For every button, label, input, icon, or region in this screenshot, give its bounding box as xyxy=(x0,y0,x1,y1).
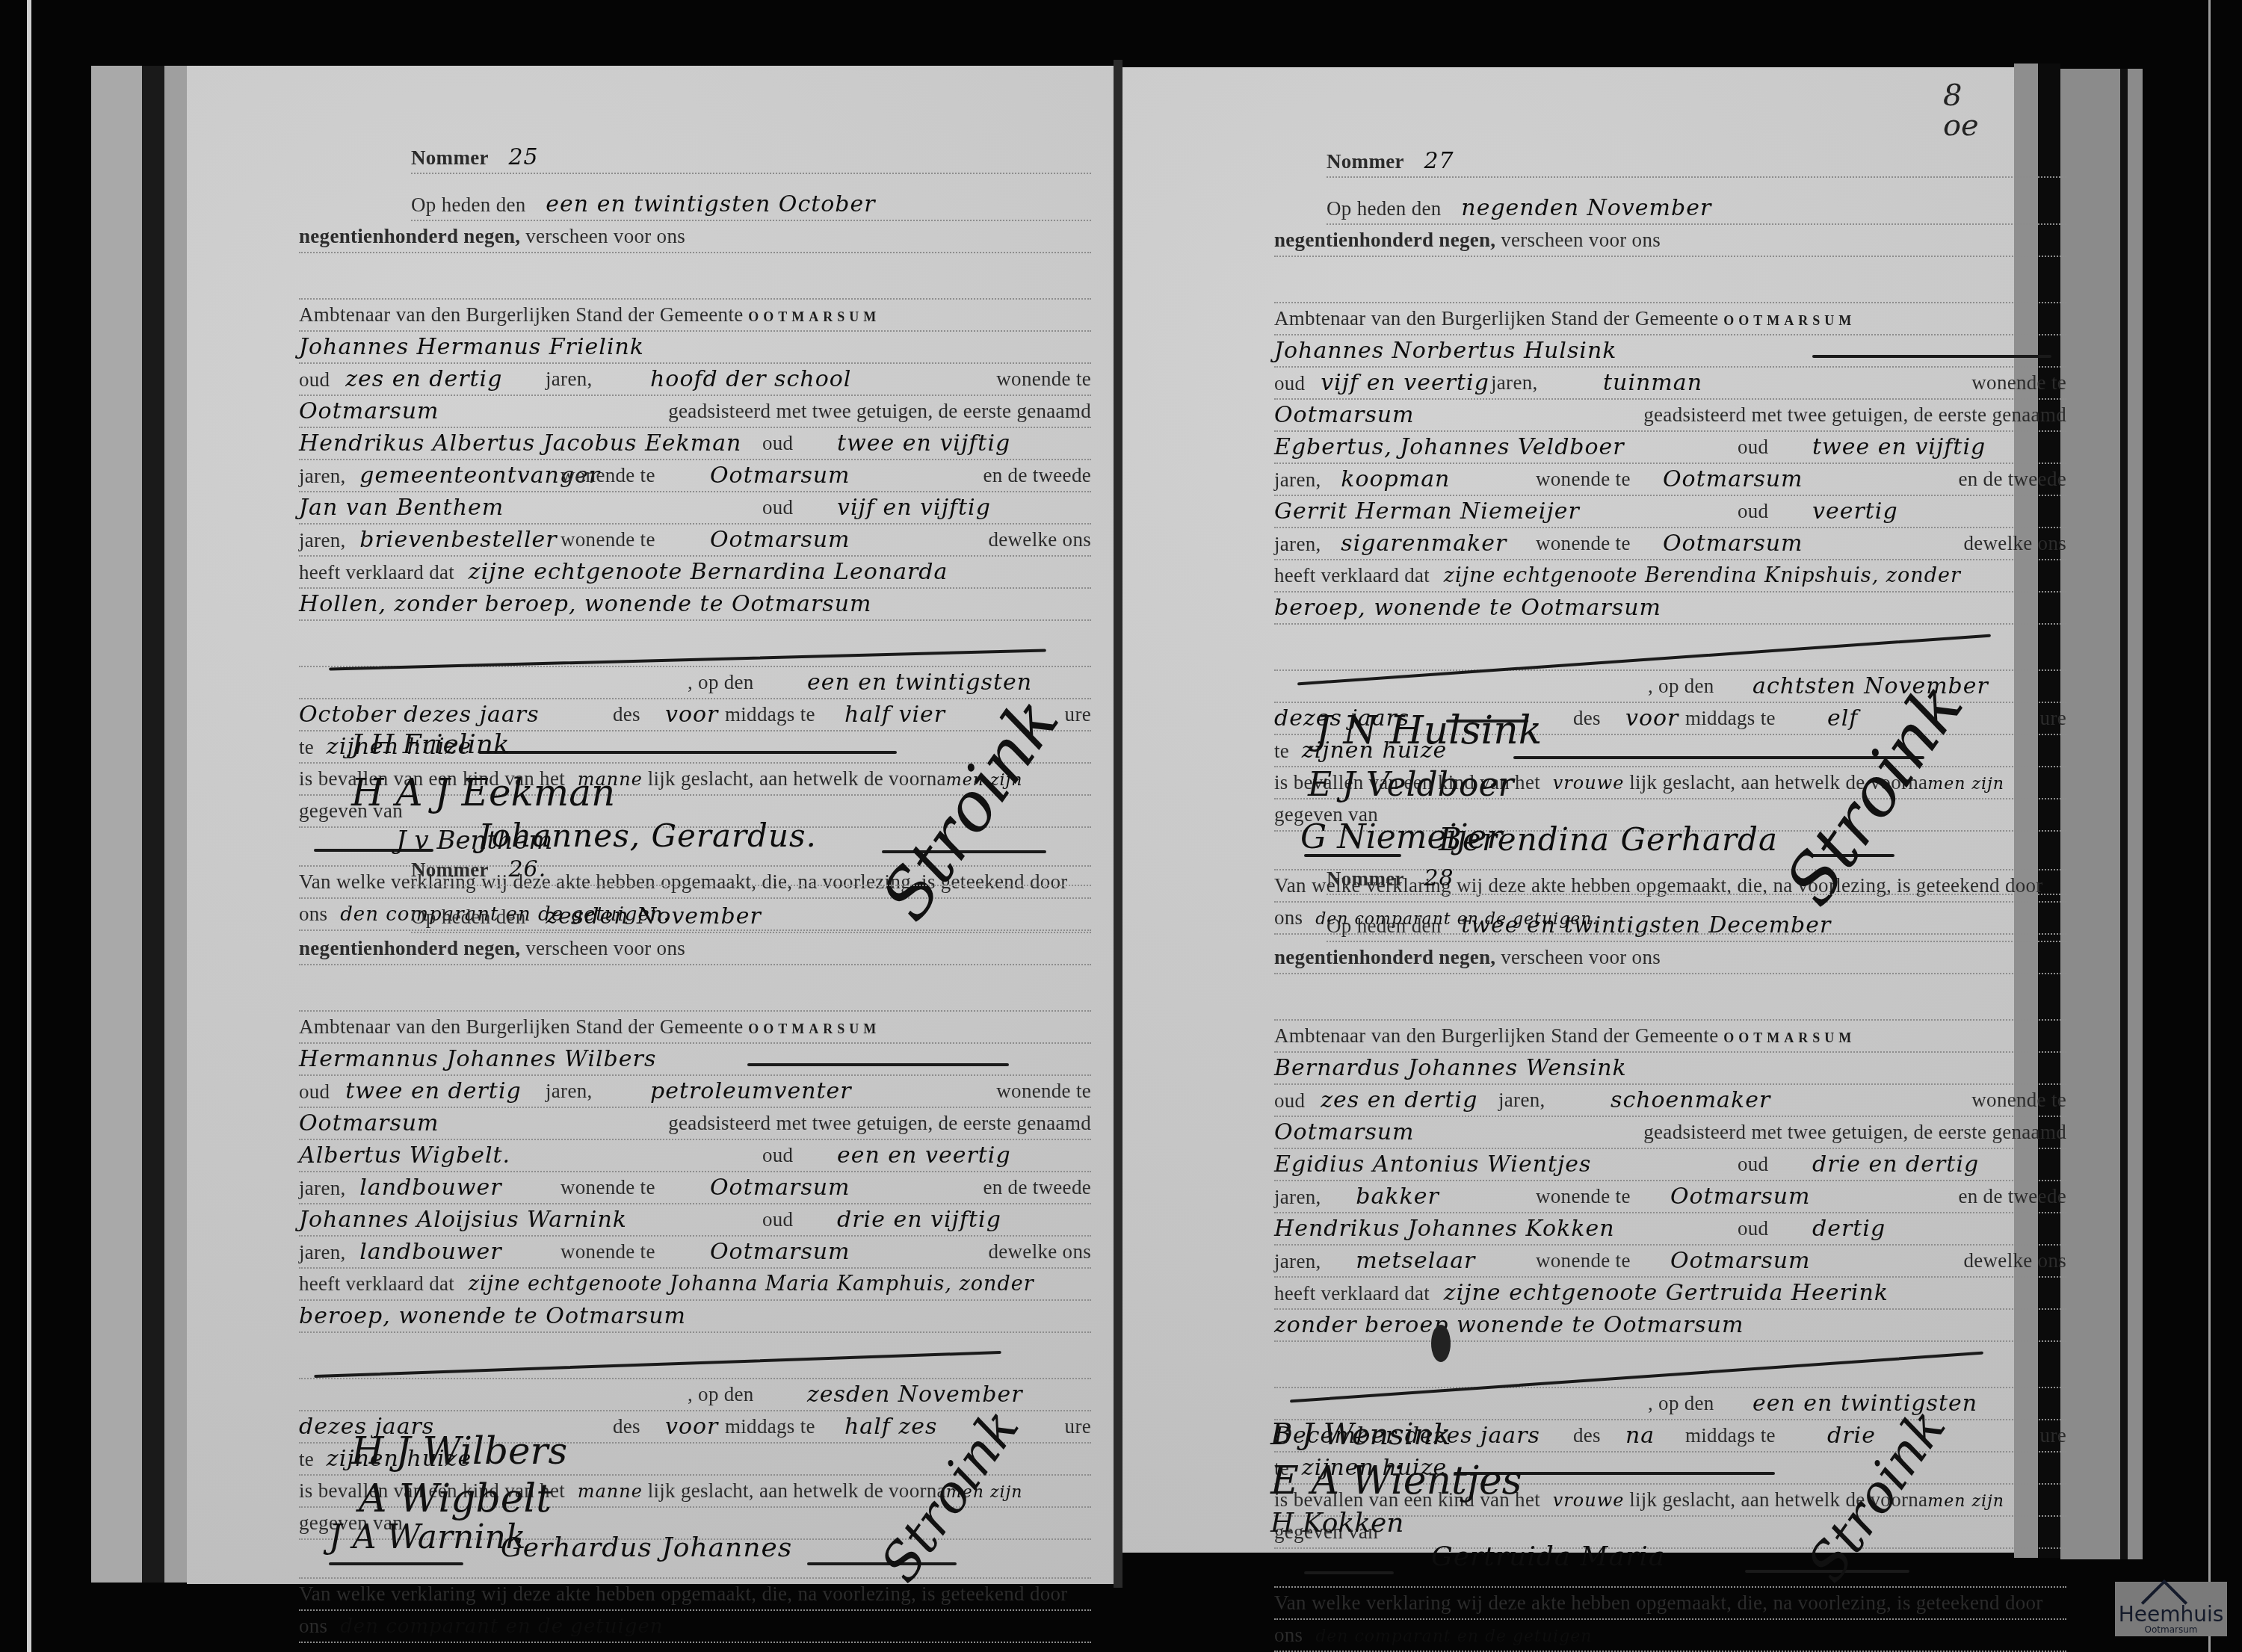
witness2-occupation: metselaar xyxy=(1356,1248,1475,1274)
declarant-age: zes en dertig xyxy=(345,366,502,392)
signed-by: den comparant en de getuigen xyxy=(340,1615,663,1638)
ambtenaar-label: Ambtenaar van den Burgerlijken Stand der… xyxy=(1274,1024,1719,1047)
signed-by-line: ons den comparant en de getuigen xyxy=(299,1611,1091,1643)
oud-label: oud xyxy=(1738,432,1768,463)
verscheen-label: verscheen voor ons xyxy=(1501,229,1661,251)
middags-te-label: middags te xyxy=(725,1411,815,1442)
ambtenaar-label: Ambtenaar van den Burgerlijken Stand der… xyxy=(299,303,744,326)
signature: B J Wensink xyxy=(1270,1412,1522,1457)
birth-date-line: , op den zesden November xyxy=(299,1379,1091,1411)
child-sex: manne xyxy=(578,1481,643,1502)
declarant-age: zes en dertig xyxy=(1321,1087,1477,1113)
record-number: 26. xyxy=(509,856,547,882)
witness2-age: dertig xyxy=(1812,1213,1886,1244)
record-number-line: Nommer 26. xyxy=(411,854,1091,886)
wonende-te-label: wonende te xyxy=(560,525,655,555)
ons-label: ons xyxy=(299,1615,327,1637)
date-line: Op heden den zesden November xyxy=(411,901,1091,933)
witness1-residence: Ootmarsum xyxy=(710,460,850,491)
declarant-residence: Ootmarsum xyxy=(1274,1119,1415,1145)
witness2-occupation: sigarenmaker xyxy=(1341,530,1507,557)
record-date: een en twintigsten October xyxy=(546,191,875,217)
ure-label: ure xyxy=(2040,1420,2066,1451)
birth-daypart: voor xyxy=(1625,703,1679,734)
signature: A Wigbelt xyxy=(359,1475,567,1523)
declarant-line: Johannes Hermanus Frielink xyxy=(299,332,1091,364)
witness1-details-line: jaren, bakker wonende te Ootmarsum en de… xyxy=(1274,1181,2066,1213)
witness1-occupation: landbouwer xyxy=(359,1175,501,1201)
verscheen-label: verscheen voor ons xyxy=(525,937,685,959)
witness1-details-line: jaren, gemeenteontvanger wonende te Ootm… xyxy=(299,460,1091,492)
en-de-tweede-label: en de tweede xyxy=(983,460,1091,491)
geadsisteerd-label: geadsisteerd met twee getuigen, de eerst… xyxy=(668,1108,1091,1139)
declarant-residence-line: Ootmarsum geadsisteerd met twee getuigen… xyxy=(1274,400,2066,432)
blank-line xyxy=(1274,625,2066,671)
year-line: negentienhonderd negen, verscheen voor o… xyxy=(299,933,1091,965)
des-label: des xyxy=(1573,1420,1601,1451)
oud-label: oud xyxy=(762,492,793,523)
child-name: Gertruida Maria xyxy=(1431,1541,1665,1572)
record-number: 27 xyxy=(1424,148,1454,174)
van-welke-label: Van welke verklaring wij deze akte hebbe… xyxy=(1274,1591,2043,1614)
jaren-label: jaren, xyxy=(546,1076,593,1107)
registrar-line: Ambtenaar van den Burgerlijken Stand der… xyxy=(299,1012,1091,1044)
municipality: OOTMARSUM xyxy=(748,1021,880,1036)
declarant-age-line: oud twee en dertig jaren, petroleumvente… xyxy=(299,1076,1091,1108)
witness2-residence: Ootmarsum xyxy=(710,1237,850,1267)
statement-line: heeft verklaard dat zijne echtgenoote Ge… xyxy=(1274,1278,2066,1310)
statement-continued-line: beroep, wonende te Ootmarsum xyxy=(299,1301,1091,1333)
oud-label: oud xyxy=(299,1080,330,1103)
signature: J A Warnink xyxy=(329,1523,567,1553)
witness1-name: Egbertus, Johannes Veldboer xyxy=(1274,434,1625,460)
birth-daypart: na xyxy=(1625,1420,1655,1451)
signing-statement-line: Van welke verklaring wij deze akte hebbe… xyxy=(1274,1588,2066,1620)
declarant-line: Johannes Norbertus Hulsink xyxy=(1274,335,2066,368)
geadsisteerd-label: geadsisteerd met twee getuigen, de eerst… xyxy=(1643,1117,2066,1148)
heemhuis-logo: Heemhuis Ootmarsum xyxy=(2115,1582,2227,1636)
record-number: 25 xyxy=(509,144,539,170)
birth-day: een en twintigsten xyxy=(1752,1388,1977,1419)
declarant-residence: Ootmarsum xyxy=(299,398,439,424)
ure-label: ure xyxy=(2040,703,2066,734)
declarant-occupation: hoofd der school xyxy=(650,364,851,395)
birth-date-line: , op den een en twintigsten xyxy=(299,667,1091,699)
signature: H A J Eekman xyxy=(351,769,615,817)
des-label: des xyxy=(1573,703,1601,734)
witness2-residence: Ootmarsum xyxy=(1663,528,1803,559)
verklaard-label: heeft verklaard dat xyxy=(299,561,454,584)
municipality: OOTMARSUM xyxy=(1723,313,1856,328)
witness2-details-line: jaren, brievenbesteller wonende te Ootma… xyxy=(299,525,1091,557)
date-line: Op heden den een en twintigsten October xyxy=(411,189,1091,221)
verklaard-label: heeft verklaard dat xyxy=(1274,564,1430,587)
oud-label: oud xyxy=(1738,1213,1768,1244)
signature: G Niemeijer xyxy=(1300,811,1542,864)
geadsisteerd-label: geadsisteerd met twee getuigen, de eerst… xyxy=(668,396,1091,427)
jaren-label: jaren, xyxy=(1274,468,1321,491)
ons-label: ons xyxy=(1274,1624,1303,1646)
municipality: OOTMARSUM xyxy=(748,309,880,324)
blank-line xyxy=(1274,974,2066,1021)
jaren-label: jaren, xyxy=(299,465,346,487)
record-date: zesden November xyxy=(546,903,762,929)
birth-time: half vier xyxy=(844,699,945,730)
witness1-line: Hendrikus Albertus Jacobus Eekman oud tw… xyxy=(299,428,1091,460)
verscheen-label: verscheen voor ons xyxy=(1501,946,1661,968)
statement-continued-line: Hollen, zonder beroep, wonende te Ootmar… xyxy=(299,589,1091,621)
signature: J H Frielink xyxy=(351,721,615,769)
right-page-edge-dark xyxy=(2120,69,2128,1559)
statement-mother-continued: beroep, wonende te Ootmarsum xyxy=(299,1303,686,1329)
municipality: OOTMARSUM xyxy=(1723,1030,1856,1045)
jaren-label: jaren, xyxy=(1491,368,1538,398)
witness2-name: Gerrit Herman Niemeijer xyxy=(1274,498,1580,525)
record-number-line: Nommer 27 xyxy=(1327,146,2066,178)
statement-continued-line: beroep, wonende te Ootmarsum xyxy=(1274,593,2066,625)
witness2-occupation: brievenbesteller xyxy=(359,527,557,553)
nommer-label: Nommer xyxy=(411,859,489,881)
statement-mother-continued: zonder beroep wonende te Ootmarsum xyxy=(1274,1312,1744,1338)
signature: H Kokken xyxy=(1270,1505,1522,1542)
date-line: Op heden den twee en twintigsten Decembe… xyxy=(1327,910,2066,942)
voornamen-suffix: men zijn xyxy=(1927,775,2004,793)
left-page-edge xyxy=(91,66,142,1583)
geslacht-label: lijk geslacht, aan hetwelk de voorna xyxy=(648,767,946,790)
declarant-residence-line: Ootmarsum geadsisteerd met twee getuigen… xyxy=(299,396,1091,428)
year-label: negentienhonderd negen, xyxy=(299,225,520,247)
te-label: te xyxy=(299,736,314,758)
birth-daypart: voor xyxy=(665,699,718,730)
record-number-line: Nommer 28 xyxy=(1327,863,2066,895)
middags-te-label: middags te xyxy=(1685,703,1776,734)
statement-mother: zijne echtgenoote Bernardina Leonarda xyxy=(469,559,948,585)
film-border-line-right xyxy=(2208,0,2211,1652)
declarant-age-line: oud zes en dertig jaren, schoenmaker won… xyxy=(1274,1085,2066,1117)
year-label: negentienhonderd negen, xyxy=(299,937,520,959)
oud-label: oud xyxy=(1274,372,1305,395)
blank-line xyxy=(299,965,1091,1012)
op-heden-den-label: Op heden den xyxy=(1327,915,1442,937)
jaren-label: jaren, xyxy=(299,529,346,551)
statement-mother: zijne echtgenoote Gertruida Heerink xyxy=(1444,1280,1889,1306)
film-border-line-left xyxy=(27,0,31,1652)
declarant-residence: Ootmarsum xyxy=(1274,402,1415,428)
dewelke-ons-label: dewelke ons xyxy=(1963,1246,2066,1276)
blank-line xyxy=(299,1333,1091,1379)
blank-line xyxy=(299,253,1091,300)
right-page-edge xyxy=(2060,69,2143,1559)
witness1-residence: Ootmarsum xyxy=(710,1172,850,1203)
declarant-residence: Ootmarsum xyxy=(299,1110,439,1136)
statement-mother-continued: beroep, wonende te Ootmarsum xyxy=(1274,595,1661,621)
witness1-name: Hendrikus Albertus Jacobus Eekman xyxy=(299,430,741,457)
dewelke-ons-label: dewelke ons xyxy=(988,525,1091,555)
corner-annotation-text: oe xyxy=(1943,108,1979,143)
statement-mother: zijne echtgenoote Berendina Knipshuis, z… xyxy=(1444,564,1961,587)
wonende-te-label: wonende te xyxy=(1536,1246,1631,1276)
witness2-details-line: jaren, sigarenmaker wonende te Ootmarsum… xyxy=(1274,528,2066,560)
logo-subtitle: Ootmarsum xyxy=(2115,1625,2227,1634)
witness1-line: Egbertus, Johannes Veldboer oud twee en … xyxy=(1274,432,2066,464)
witness1-age: een en veertig xyxy=(837,1140,1011,1171)
oud-label: oud xyxy=(762,1140,793,1171)
witness1-details-line: jaren, koopman wonende te Ootmarsum en d… xyxy=(1274,464,2066,496)
witness1-details-line: jaren, landbouwer wonende te Ootmarsum e… xyxy=(299,1172,1091,1204)
op-heden-den-label: Op heden den xyxy=(411,906,526,928)
des-label: des xyxy=(613,1411,640,1442)
wonende-te-label: wonende te xyxy=(1536,528,1631,559)
record-number-line: Nommer 25 xyxy=(411,142,1091,174)
witness1-name: Egidius Antonius Wientjes xyxy=(1274,1151,1592,1178)
signed-by-line: ons den comparant en de getuigen xyxy=(1274,1620,2066,1652)
birth-time: elf xyxy=(1827,703,1858,734)
left-binding-shadow xyxy=(142,66,164,1583)
middags-te-label: middags te xyxy=(1685,1420,1776,1451)
declarant-occupation: schoenmaker xyxy=(1611,1085,1770,1116)
voornamen-suffix: men zijn xyxy=(1927,1492,2004,1511)
blank-line xyxy=(299,621,1091,667)
middags-te-label: middags te xyxy=(725,699,815,730)
jaren-label: jaren, xyxy=(1274,533,1321,555)
witness2-age: drie en vijftig xyxy=(837,1204,1001,1235)
witness2-age: vijf en vijftig xyxy=(837,492,991,523)
des-label: des xyxy=(613,699,640,730)
declarant-residence-line: Ootmarsum geadsisteerd met twee getuigen… xyxy=(1274,1117,2066,1149)
witness2-residence: Ootmarsum xyxy=(1670,1246,1811,1276)
ambtenaar-label: Ambtenaar van den Burgerlijken Stand der… xyxy=(1274,307,1719,330)
wonende-te-label: wonende te xyxy=(560,1172,655,1203)
geslacht-label: lijk geslacht, aan hetwelk de voorna xyxy=(648,1479,946,1502)
registrar-line: Ambtenaar van den Burgerlijken Stand der… xyxy=(1274,1021,2066,1053)
witness1-line: Albertus Wigbelt. oud een en veertig xyxy=(299,1140,1091,1172)
declarant-age-line: oud zes en dertig jaren, hoofd der schoo… xyxy=(299,364,1091,396)
blank-line xyxy=(1274,1342,2066,1388)
en-de-tweede-label: en de tweede xyxy=(983,1172,1091,1203)
left-binding-edge xyxy=(164,66,187,1583)
en-de-tweede-label: en de tweede xyxy=(1958,1181,2066,1212)
logo-name: Heemhuis xyxy=(2115,1604,2227,1625)
declarant-line: Bernardus Johannes Wensink xyxy=(1274,1053,2066,1085)
wonende-te-label: wonende te xyxy=(1536,1181,1631,1212)
witness2-line: Jan van Benthem oud vijf en vijftig xyxy=(299,492,1091,525)
signature: H J Wilbers xyxy=(351,1427,567,1475)
ambtenaar-label: Ambtenaar van den Burgerlijken Stand der… xyxy=(299,1015,744,1038)
verklaard-label: heeft verklaard dat xyxy=(299,1272,454,1295)
statement-continued-line: zonder beroep wonende te Ootmarsum xyxy=(1274,1310,2066,1342)
op-den-label: , op den xyxy=(1648,671,1714,702)
birth-time: drie xyxy=(1827,1420,1876,1451)
declarant-residence-line: Ootmarsum geadsisteerd met twee getuigen… xyxy=(299,1108,1091,1140)
book-gutter xyxy=(1114,60,1122,1588)
statement-mother-continued: Hollen, zonder beroep, wonende te Ootmar… xyxy=(299,591,872,617)
signatures-record-28: B J Wensink E A Wientjes H Kokken xyxy=(1270,1412,1522,1542)
year-label: negentienhonderd negen, xyxy=(1274,946,1495,968)
dewelke-ons-label: dewelke ons xyxy=(1963,528,2066,559)
te-label: te xyxy=(299,1448,314,1470)
registrar-line: Ambtenaar van den Burgerlijken Stand der… xyxy=(299,300,1091,332)
witness1-occupation: bakker xyxy=(1356,1184,1439,1210)
jaren-label: jaren, xyxy=(299,1241,346,1263)
oud-label: oud xyxy=(762,428,793,459)
witness1-residence: Ootmarsum xyxy=(1670,1181,1811,1212)
oud-label: oud xyxy=(762,1204,793,1235)
record-date: twee en twintigsten December xyxy=(1461,912,1831,938)
witness1-line: Egidius Antonius Wientjes oud drie en de… xyxy=(1274,1149,2066,1181)
year-line: negentienhonderd negen, verscheen voor o… xyxy=(1274,942,2066,974)
nommer-label: Nommer xyxy=(411,146,489,169)
witness1-age: twee en vijftig xyxy=(837,428,1010,459)
witness1-name: Albertus Wigbelt. xyxy=(299,1142,510,1169)
wonende-te-label: wonende te xyxy=(560,460,655,491)
year-line: negentienhonderd negen, verscheen voor o… xyxy=(299,221,1091,253)
declarant-age-line: oud vijf en veertig jaren, tuinman wonen… xyxy=(1274,368,2066,400)
witness2-name: Hendrikus Johannes Kokken xyxy=(1274,1216,1615,1242)
jaren-label: jaren, xyxy=(546,364,593,395)
geadsisteerd-label: geadsisteerd met twee getuigen, de eerst… xyxy=(1643,400,2066,430)
birth-daypart: voor xyxy=(665,1411,718,1442)
wonende-te-label: wonende te xyxy=(1971,1085,2066,1116)
birth-day: een en twintigsten xyxy=(807,667,1032,698)
ure-label: ure xyxy=(1065,1411,1091,1442)
witness2-age: veertig xyxy=(1812,496,1898,527)
signatures-record-27: J N Hulsink E J Veldboer G Niemeijer xyxy=(1285,702,1542,864)
oud-label: oud xyxy=(1738,496,1768,527)
dewelke-ons-label: dewelke ons xyxy=(988,1237,1091,1267)
jaren-label: jaren, xyxy=(299,1177,346,1199)
op-heden-den-label: Op heden den xyxy=(411,194,526,216)
signatures-record-26: H J Wilbers A Wigbelt J A Warnink xyxy=(329,1427,567,1553)
op-den-label: , op den xyxy=(688,667,754,698)
signature: E A Wientjes xyxy=(1270,1457,1522,1505)
declarant-name: Hermannus Johannes Wilbers xyxy=(299,1046,656,1072)
oud-label: oud xyxy=(299,368,330,391)
signature: J N Hulsink xyxy=(1315,702,1542,759)
jaren-label: jaren, xyxy=(1274,1250,1321,1272)
corner-annotation: 8 oe xyxy=(1943,81,1979,140)
signature: E J Veldboer xyxy=(1308,759,1542,811)
wonende-te-label: wonende te xyxy=(1971,368,2066,398)
wonende-te-label: wonende te xyxy=(1536,464,1631,495)
declarant-occupation: tuinman xyxy=(1603,368,1702,398)
signed-by: den comparant en de getuigen xyxy=(1315,1627,1592,1646)
witness2-occupation: landbouwer xyxy=(359,1239,501,1265)
record-number: 28 xyxy=(1424,865,1454,891)
witness2-residence: Ootmarsum xyxy=(710,525,850,555)
declarant-age: twee en dertig xyxy=(345,1078,522,1104)
en-de-tweede-label: en de tweede xyxy=(1958,464,2066,495)
registrar-line: Ambtenaar van den Burgerlijken Stand der… xyxy=(1274,303,2066,335)
statement-line: heeft verklaard dat zijne echtgenoote Be… xyxy=(1274,560,2066,593)
oud-label: oud xyxy=(1738,1149,1768,1180)
signatures-record-25: J H Frielink H A J Eekman J v Benthem xyxy=(351,721,615,864)
witness2-line: Gerrit Herman Niemeijer oud veertig xyxy=(1274,496,2066,528)
date-line: Op heden den negenden November xyxy=(1327,193,2066,225)
verklaard-label: heeft verklaard dat xyxy=(1274,1282,1430,1305)
wonende-te-label: wonende te xyxy=(996,1076,1091,1107)
declarant-name: Bernardus Johannes Wensink xyxy=(1274,1055,1627,1081)
birth-time: half zes xyxy=(844,1411,937,1442)
witness2-line: Johannes Aloijsius Warnink oud drie en v… xyxy=(299,1204,1091,1237)
declarant-name: Johannes Hermanus Frielink xyxy=(299,334,644,360)
nommer-label: Nommer xyxy=(1327,150,1404,173)
op-den-label: , op den xyxy=(1648,1388,1714,1419)
signing-statement-line: Van welke verklaring wij deze akte hebbe… xyxy=(299,1579,1091,1611)
jaren-label: jaren, xyxy=(1498,1085,1545,1116)
declarant-occupation: petroleumventer xyxy=(650,1076,852,1107)
witness2-details-line: jaren, metselaar wonende te Ootmarsum de… xyxy=(1274,1246,2066,1278)
child-sex: vrouwe xyxy=(1553,1490,1625,1511)
statement-mother: zijne echtgenoote Johanna Maria Kamphuis… xyxy=(469,1272,1034,1296)
nommer-label: Nommer xyxy=(1327,867,1404,890)
statement-line: heeft verklaard dat zijne echtgenoote Jo… xyxy=(299,1269,1091,1301)
van-welke-label: Van welke verklaring wij deze akte hebbe… xyxy=(299,1583,1068,1605)
year-line: negentienhonderd negen, verscheen voor o… xyxy=(1274,225,2066,257)
child-sex: vrouwe xyxy=(1553,773,1625,793)
child-name-line: Gertruida Maria xyxy=(1274,1549,2066,1588)
declarant-name: Johannes Norbertus Hulsink xyxy=(1274,338,1616,364)
op-heden-den-label: Op heden den xyxy=(1327,197,1442,220)
wonende-te-label: wonende te xyxy=(560,1237,655,1267)
witness2-name: Jan van Benthem xyxy=(299,495,504,521)
witness2-name: Johannes Aloijsius Warnink xyxy=(299,1207,627,1233)
declarant-line: Hermannus Johannes Wilbers xyxy=(299,1044,1091,1076)
witness1-age: twee en vijftig xyxy=(1812,432,1986,463)
witness2-line: Hendrikus Johannes Kokken oud dertig xyxy=(1274,1213,2066,1246)
witness1-age: drie en dertig xyxy=(1812,1149,1979,1180)
oud-label: oud xyxy=(1274,1089,1305,1112)
verscheen-label: verscheen voor ons xyxy=(525,225,685,247)
year-label: negentienhonderd negen, xyxy=(1274,229,1495,251)
op-den-label: , op den xyxy=(688,1379,754,1410)
record-date: negenden November xyxy=(1461,195,1711,221)
jaren-label: jaren, xyxy=(1274,1186,1321,1208)
witness1-residence: Ootmarsum xyxy=(1663,464,1803,495)
witness2-details-line: jaren, landbouwer wonende te Ootmarsum d… xyxy=(299,1237,1091,1269)
statement-line: heeft verklaard dat zijne echtgenoote Be… xyxy=(299,557,1091,589)
blank-line xyxy=(1274,257,2066,303)
witness1-occupation: koopman xyxy=(1341,466,1450,492)
declarant-age: vijf en veertig xyxy=(1321,370,1489,396)
wonende-te-label: wonende te xyxy=(996,364,1091,395)
